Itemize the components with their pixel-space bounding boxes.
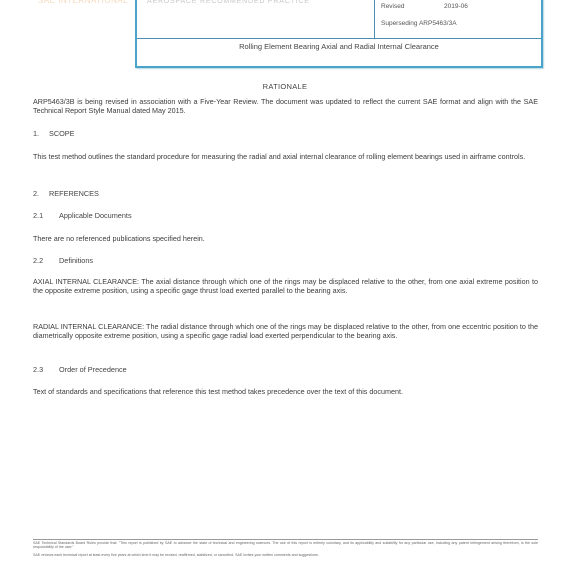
order-of-precedence-text: Text of standards and specifications tha… [33, 387, 538, 396]
definition-axial-clearance: AXIAL INTERNAL CLEARANCE: The axial dist… [33, 277, 538, 296]
footer-divider [33, 539, 538, 540]
section-number: 2.1 [33, 211, 59, 220]
sae-logo: SAE INTERNATIONAL [38, 0, 128, 5]
section-number: 2.3 [33, 365, 59, 374]
section-title: SCOPE [49, 129, 75, 138]
document-header-box: AEROSPACE RECOMMENDED PRACTICE Revised20… [135, 0, 543, 68]
document-title: Rolling Element Bearing Axial and Radial… [137, 42, 541, 51]
rationale-text: ARP5463/3B is being revised in associati… [33, 97, 538, 116]
section-title: Applicable Documents [59, 211, 132, 220]
rationale-heading: RATIONALE [0, 82, 570, 91]
footer-disclaimer: SAE Technical Standards Board Rules prov… [33, 541, 538, 549]
header-meta-cell: Revised2019-06 Superseding ARP5463/3A [374, 0, 541, 38]
scope-text: This test method outlines the standard p… [33, 152, 538, 161]
section-references-heading: 2.REFERENCES [33, 189, 99, 198]
superseding-value: ARP5463/3A [419, 20, 457, 27]
section-number: 2.2 [33, 256, 59, 265]
revised-label: Revised [381, 3, 444, 10]
applicable-documents-text: There are no referenced publications spe… [33, 234, 538, 243]
superseding-label: Superseding [381, 20, 418, 27]
section-order-of-precedence-heading: 2.3Order of Precedence [33, 365, 127, 374]
section-title: Order of Precedence [59, 365, 127, 374]
section-title: REFERENCES [49, 189, 99, 198]
revised-value: 2019-06 [444, 3, 468, 10]
section-definitions-heading: 2.2Definitions [33, 256, 93, 265]
header-top-row: AEROSPACE RECOMMENDED PRACTICE Revised20… [137, 0, 541, 39]
definition-radial-clearance: RADIAL INTERNAL CLEARANCE: The radial di… [33, 322, 538, 341]
section-applicable-documents-heading: 2.1Applicable Documents [33, 211, 132, 220]
section-number: 2. [33, 189, 49, 198]
section-title: Definitions [59, 256, 93, 265]
document-type-label: AEROSPACE RECOMMENDED PRACTICE [147, 0, 310, 5]
footer-review-notice: SAE reviews each technical report at lea… [33, 553, 538, 557]
superseding-row: Superseding ARP5463/3A [381, 20, 457, 27]
header-left-cell: AEROSPACE RECOMMENDED PRACTICE [137, 0, 374, 38]
section-number: 1. [33, 129, 49, 138]
section-scope-heading: 1.SCOPE [33, 129, 75, 138]
revised-row: Revised2019-06 [381, 3, 468, 10]
